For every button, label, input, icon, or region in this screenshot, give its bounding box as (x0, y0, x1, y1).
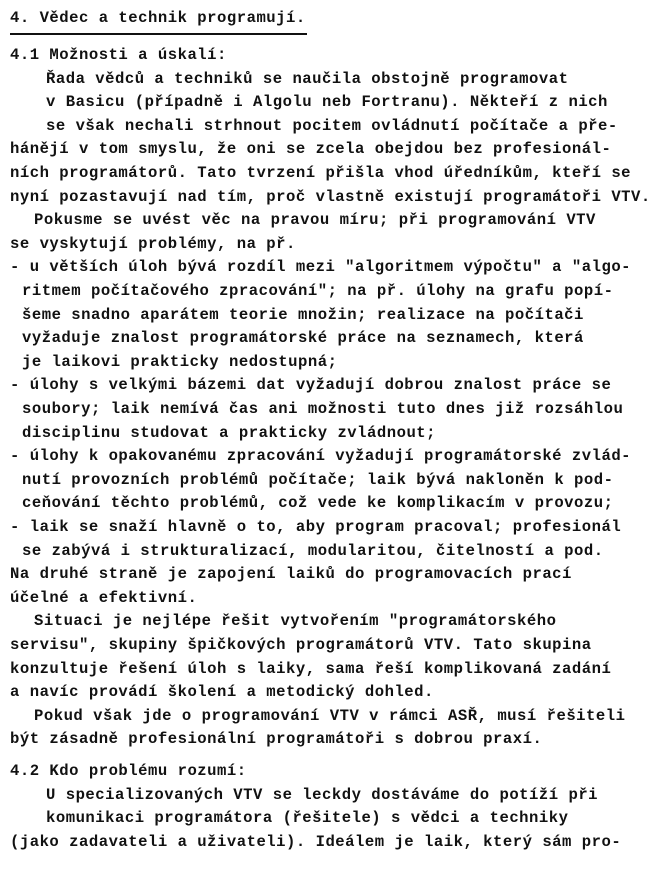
text-line: servisu", skupiny špičkových programátor… (10, 636, 592, 654)
text-line: konzultuje řešení úloh s laiky, sama řeš… (10, 660, 611, 678)
text-line: Na druhé straně je zapojení laiků do pro… (10, 565, 572, 583)
text-line: účelné a efektivní. (10, 589, 197, 607)
text-line: být zásadně profesionální programátoři s… (10, 730, 542, 748)
text-line: disciplinu studovat a prakticky zvládnou… (22, 424, 436, 442)
text-line: ních programátorů. Tato tvrzení přišla v… (10, 164, 631, 182)
section-heading: 4.2 Kdo problému rozumí: (10, 762, 247, 780)
text-line: a navíc provádí školení a metodický dohl… (10, 683, 434, 701)
text-line: nyní pozastavují nad tím, proč vlastně e… (10, 188, 651, 206)
text-line: - laik se snaží hlavně o to, aby program… (10, 518, 621, 536)
section-heading: 4.1 Možnosti a úskalí: (10, 46, 227, 64)
text-line: vyžaduje znalost programátorské práce na… (22, 329, 584, 347)
text-line: ritmem počítačového zpracování"; na př. … (22, 282, 613, 300)
text-line: nutí provozních problémů počítače; laik … (22, 471, 613, 489)
text-line: komunikaci programátora (řešitele) s věd… (46, 809, 568, 827)
text-line: ceňování těchto problémů, což vede ke ko… (22, 494, 613, 512)
title-underline (10, 33, 307, 35)
text-line: hánějí v tom smyslu, že oni se zcela obe… (10, 140, 611, 158)
text-line: šeme snadno aparátem teorie množin; real… (22, 306, 584, 324)
document-title: 4. Vědec a technik programují. (10, 9, 306, 27)
text-line: Pokud však jde o programování VTV v rámc… (34, 707, 625, 725)
text-line: se vyskytují problémy, na př. (10, 235, 296, 253)
text-line: - úlohy k opakovanému zpracování vyžaduj… (10, 447, 631, 465)
text-line: soubory; laik nemívá čas ani možnosti tu… (22, 400, 623, 418)
text-line: Řada vědců a techniků se naučila obstojn… (46, 70, 568, 88)
document-page: 4. Vědec a technik programují. 4.1 Možno… (0, 0, 659, 877)
text-line: je laikovi prakticky nedostupná; (22, 353, 337, 371)
text-line: (jako zadavateli a uživateli). Ideálem j… (10, 833, 621, 851)
text-line: v Basicu (případně i Algolu neb Fortranu… (46, 93, 608, 111)
text-line: - u větších úloh bývá rozdíl mezi "algor… (10, 258, 631, 276)
text-line: se zabývá i strukturalizací, modularitou… (22, 542, 604, 560)
text-line: - úlohy s velkými bázemi dat vyžadují do… (10, 376, 611, 394)
text-line: Pokusme se uvést věc na pravou míru; při… (34, 211, 596, 229)
text-line: Situaci je nejlépe řešit vytvořením "pro… (34, 612, 556, 630)
text-line: U specializovaných VTV se leckdy dostává… (46, 786, 598, 804)
text-line: se však nechali strhnout pocitem ovládnu… (46, 117, 618, 135)
